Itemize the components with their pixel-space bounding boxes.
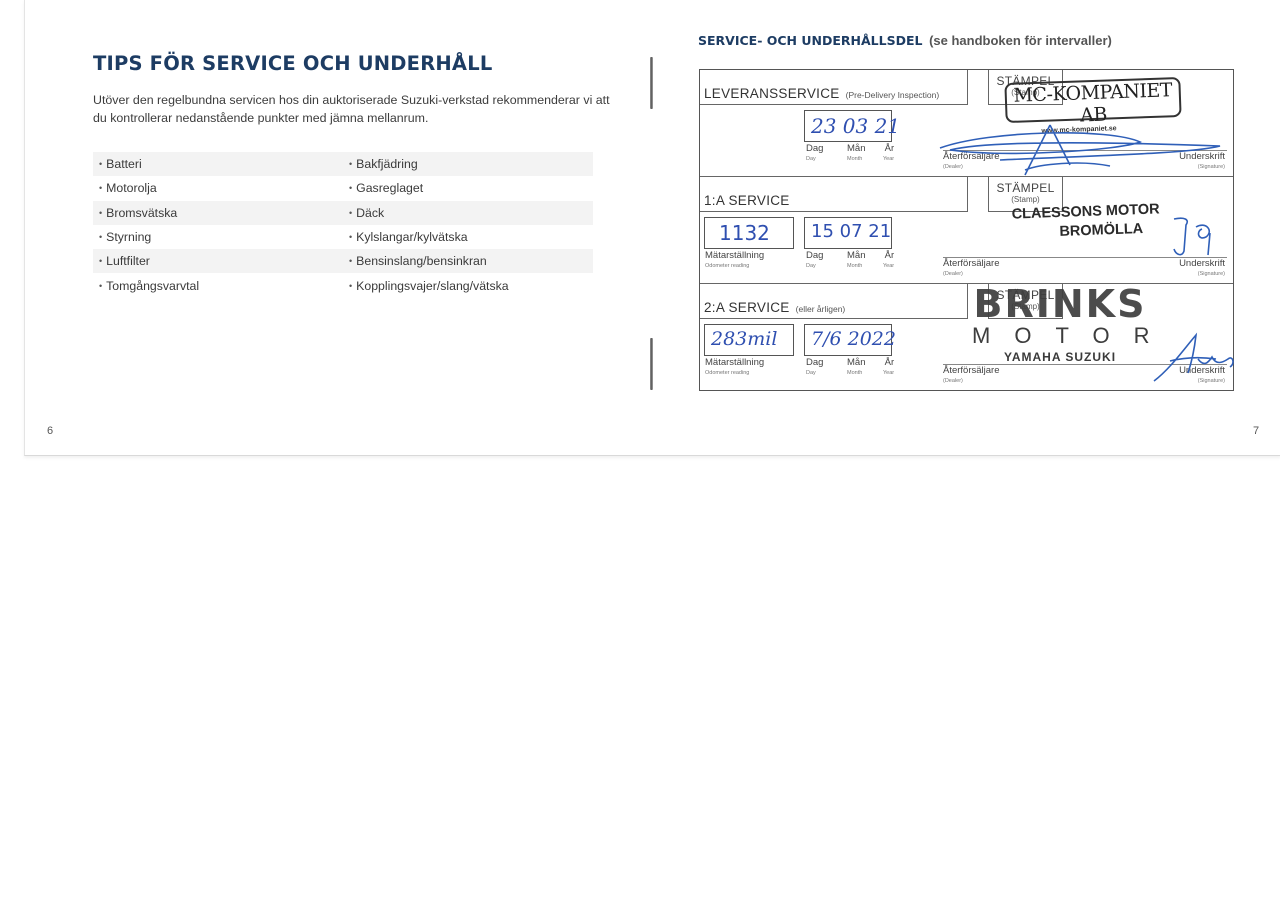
heading-sub: (se handboken för intervaller) <box>929 33 1112 48</box>
checklist-item: Gasreglaget <box>343 181 593 195</box>
checklist-item: Bromsvätska <box>93 206 343 220</box>
signature-label: Underskrift <box>1179 151 1225 162</box>
handwritten-odometer: 1132 <box>719 221 770 245</box>
dealer-label-en: (Dealer) <box>943 162 1000 172</box>
tips-title: TIPS FÖR SERVICE OCH UNDERHÅLL <box>93 52 492 75</box>
service-label-box: 2:A SERVICE (eller årligen) <box>700 284 968 319</box>
checklist-item: Batteri <box>93 157 343 171</box>
date-field[interactable]: 7/6 2022 <box>804 324 892 356</box>
checklist-row: Motorolja Gasreglaget <box>93 176 593 200</box>
dealer-label-en: (Dealer) <box>943 376 1000 386</box>
service-block-second: 2:A SERVICE (eller årligen) STÄMPEL (Sta… <box>700 284 1233 391</box>
year-label: År <box>885 357 895 368</box>
service-record-form: LEVERANSSERVICE (Pre-Delivery Inspection… <box>699 69 1234 391</box>
maintenance-checklist: Batteri Bakfjädring Motorolja Gasreglage… <box>93 152 593 298</box>
signature-label-en: (Signature) <box>1179 162 1225 172</box>
stamp-line1: BRINKS <box>950 284 1170 324</box>
signature-label-en: (Signature) <box>1179 376 1225 386</box>
handwritten-date: 15 07 21 <box>811 221 891 242</box>
service-label: LEVERANSSERVICE <box>704 86 840 101</box>
dealer-label: Återförsäljare <box>943 365 1000 376</box>
month-label-en: Month <box>847 154 865 164</box>
year-label: År <box>885 143 895 154</box>
month-label: Mån <box>847 357 865 368</box>
service-label: 2:A SERVICE <box>704 300 790 315</box>
checklist-row: Tomgångsvarvtal Kopplingsvajer/slang/vät… <box>93 273 593 297</box>
stamp-line3: YAMAHA SUZUKI <box>950 350 1170 364</box>
stamp-label: STÄMPEL <box>989 181 1062 195</box>
day-label: Dag <box>806 250 823 261</box>
odometer-label-en: Odometer reading <box>705 368 764 378</box>
service-label: 1:A SERVICE <box>704 193 790 208</box>
day-label: Dag <box>806 143 823 154</box>
date-field[interactable]: 23 03 21 <box>804 110 892 142</box>
staple-icon <box>650 338 653 390</box>
checklist-item: Däck <box>343 206 593 220</box>
page-number-right: 7 <box>1253 425 1259 437</box>
day-label-en: Day <box>806 154 823 164</box>
intro-text: Utöver den regelbundna servicen hos din … <box>93 91 613 127</box>
stamp-line2: BROMÖLLA <box>1042 219 1161 242</box>
odometer-field[interactable]: 1132 <box>704 217 794 249</box>
service-label-box: LEVERANSSERVICE (Pre-Delivery Inspection… <box>700 70 968 105</box>
page-number-left: 6 <box>47 425 53 437</box>
checklist-item: Bakfjädring <box>343 157 593 171</box>
checklist-item: Kylslangar/kylvätska <box>343 230 593 244</box>
service-note: (eller årligen) <box>796 304 846 314</box>
odometer-label: Mätarställning <box>705 357 764 368</box>
handwritten-odometer: 283mil <box>711 328 777 350</box>
booklet-spread: TIPS FÖR SERVICE OCH UNDERHÅLL Utöver de… <box>24 0 1280 456</box>
dealer-label: Återförsäljare <box>943 151 1000 162</box>
page-left: TIPS FÖR SERVICE OCH UNDERHÅLL Utöver de… <box>25 0 645 455</box>
heading-bold: SERVICE- OCH UNDERHÅLLSDEL <box>698 33 922 48</box>
signature-label: Underskrift <box>1179 258 1225 269</box>
service-label-box: 1:A SERVICE <box>700 177 968 212</box>
dealer-label-en: (Dealer) <box>943 269 1000 279</box>
service-block-pre-delivery: LEVERANSSERVICE (Pre-Delivery Inspection… <box>700 70 1233 177</box>
month-label-en: Month <box>847 368 865 378</box>
year-label-en: Year <box>883 261 894 271</box>
checklist-row: Batteri Bakfjädring <box>93 152 593 176</box>
signature-initials-icon <box>1170 215 1220 260</box>
day-label-en: Day <box>806 261 823 271</box>
signature-label-en: (Signature) <box>1179 269 1225 279</box>
service-block-first: 1:A SERVICE STÄMPEL (Stamp) 1132 15 07 2… <box>700 177 1233 284</box>
odometer-field[interactable]: 283mil <box>704 324 794 356</box>
stamp-line1: MC-KOMPANIET AB <box>1006 79 1179 129</box>
service-section-heading: SERVICE- OCH UNDERHÅLLSDEL (se handboken… <box>698 33 1112 48</box>
stamp-label-en: (Stamp) <box>989 195 1062 204</box>
checklist-row: Luftfilter Bensinslang/bensinkran <box>93 249 593 273</box>
date-field[interactable]: 15 07 21 <box>804 217 892 249</box>
checklist-item: Luftfilter <box>93 254 343 268</box>
checklist-item: Motorolja <box>93 181 343 195</box>
dealer-stamp: CLAESSONS MOTOR BROMÖLLA <box>1011 200 1160 243</box>
page-right: SERVICE- OCH UNDERHÅLLSDEL (se handboken… <box>665 0 1280 455</box>
month-label: Mån <box>847 143 865 154</box>
stamp-line2: MOTOR <box>972 324 1170 348</box>
checklist-item: Tomgångsvarvtal <box>93 279 343 293</box>
month-label-en: Month <box>847 261 865 271</box>
year-label-en: Year <box>883 154 894 164</box>
odometer-label: Mätarställning <box>705 250 764 261</box>
checklist-row: Bromsvätska Däck <box>93 201 593 225</box>
odometer-label-en: Odometer reading <box>705 261 764 271</box>
checklist-item: Kopplingsvajer/slang/vätska <box>343 279 593 293</box>
service-note: (Pre-Delivery Inspection) <box>846 90 940 100</box>
year-label: År <box>885 250 895 261</box>
dealer-stamp: BRINKS MOTOR YAMAHA SUZUKI <box>950 284 1170 364</box>
dealer-stamp: MC-KOMPANIET AB www.mc-kompaniet.se <box>1004 77 1181 123</box>
checklist-item: Styrning <box>93 230 343 244</box>
checklist-row: Styrning Kylslangar/kylvätska <box>93 225 593 249</box>
day-label: Dag <box>806 357 823 368</box>
handwritten-date: 23 03 21 <box>811 114 900 138</box>
checklist-item: Bensinslang/bensinkran <box>343 254 593 268</box>
month-label: Mån <box>847 250 865 261</box>
day-label-en: Day <box>806 368 823 378</box>
dealer-label: Återförsäljare <box>943 258 1000 269</box>
handwritten-date: 7/6 2022 <box>811 328 896 350</box>
staple-icon <box>650 57 653 109</box>
signature-label: Underskrift <box>1179 365 1225 376</box>
year-label-en: Year <box>883 368 894 378</box>
